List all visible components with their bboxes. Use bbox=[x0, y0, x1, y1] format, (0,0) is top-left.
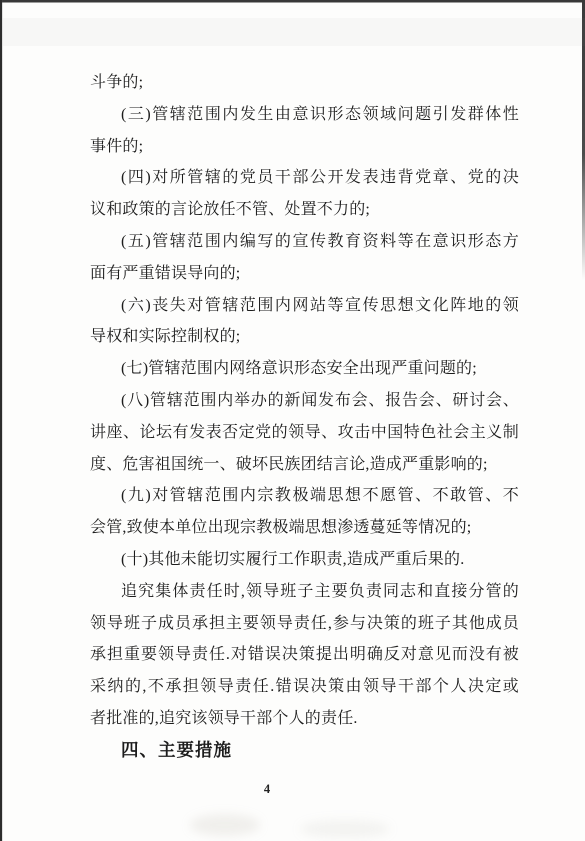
text-line: 采纳的,不承担领导责任.错误决策由领导干部个人决定或 bbox=[90, 671, 519, 703]
section-heading: 四、主要措施 bbox=[90, 735, 519, 767]
scan-edge-top bbox=[0, 0, 585, 3]
text-line-item-8: (八)管辖范围内举办的新闻发布会、报告会、研讨会、 bbox=[90, 385, 519, 417]
text-line-continuation: 斗争的; bbox=[90, 67, 519, 99]
text-line-collective: 追究集体责任时,领导班子主要负责同志和直接分管的 bbox=[90, 576, 519, 608]
scanned-document-page: 斗争的; (三)管辖范围内发生由意识形态领域问题引发群体性 事件的; (四)对所… bbox=[0, 0, 585, 841]
text-line: 导权和实际控制权的; bbox=[90, 321, 519, 353]
text-line: 事件的; bbox=[90, 131, 519, 163]
text-line: 承担重要领导责任.对错误决策提出明确反对意见而没有被 bbox=[90, 639, 519, 671]
text-line-item-7: (七)管辖范围内网络意识形态安全出现严重问题的; bbox=[90, 353, 519, 385]
scan-artifact-band bbox=[3, 18, 585, 46]
text-line-item-6: (六)丧失对管辖范围内网站等宣传思想文化阵地的领 bbox=[90, 290, 519, 322]
text-line: 领导班子成员承担主要领导责任,参与决策的班子其他成员 bbox=[90, 608, 519, 640]
text-line-item-10: (十)其他未能切实履行工作职责,造成严重后果的. bbox=[90, 544, 519, 576]
text-line: 面有严重错误导向的; bbox=[90, 258, 519, 290]
scan-edge-left bbox=[0, 0, 3, 841]
scan-smudge bbox=[190, 814, 260, 836]
text-line: 讲座、论坛有发表否定党的领导、攻击中国特色社会主义制 bbox=[90, 417, 519, 449]
text-line-item-3: (三)管辖范围内发生由意识形态领域问题引发群体性 bbox=[90, 99, 519, 131]
page-number: 4 bbox=[255, 782, 279, 797]
text-line: 者批准的,追究该领导干部个人的责任. bbox=[90, 703, 519, 735]
text-line: 度、危害祖国统一、破坏民族团结言论,造成严重影响的; bbox=[90, 449, 519, 481]
text-line-item-4: (四)对所管辖的党员干部公开发表违背党章、党的决 bbox=[90, 162, 519, 194]
text-line: 议和政策的言论放任不管、处置不力的; bbox=[90, 194, 519, 226]
document-body-text: 斗争的; (三)管辖范围内发生由意识形态领域问题引发群体性 事件的; (四)对所… bbox=[90, 67, 519, 767]
text-line-item-5: (五)管辖范围内编写的宣传教育资料等在意识形态方 bbox=[90, 226, 519, 258]
text-line-item-9: (九)对管辖范围内宗教极端思想不愿管、不敢管、不 bbox=[90, 480, 519, 512]
scan-smudge bbox=[300, 820, 390, 838]
text-line: 会管,致使本单位出现宗教极端思想渗透蔓延等情况的; bbox=[90, 512, 519, 544]
